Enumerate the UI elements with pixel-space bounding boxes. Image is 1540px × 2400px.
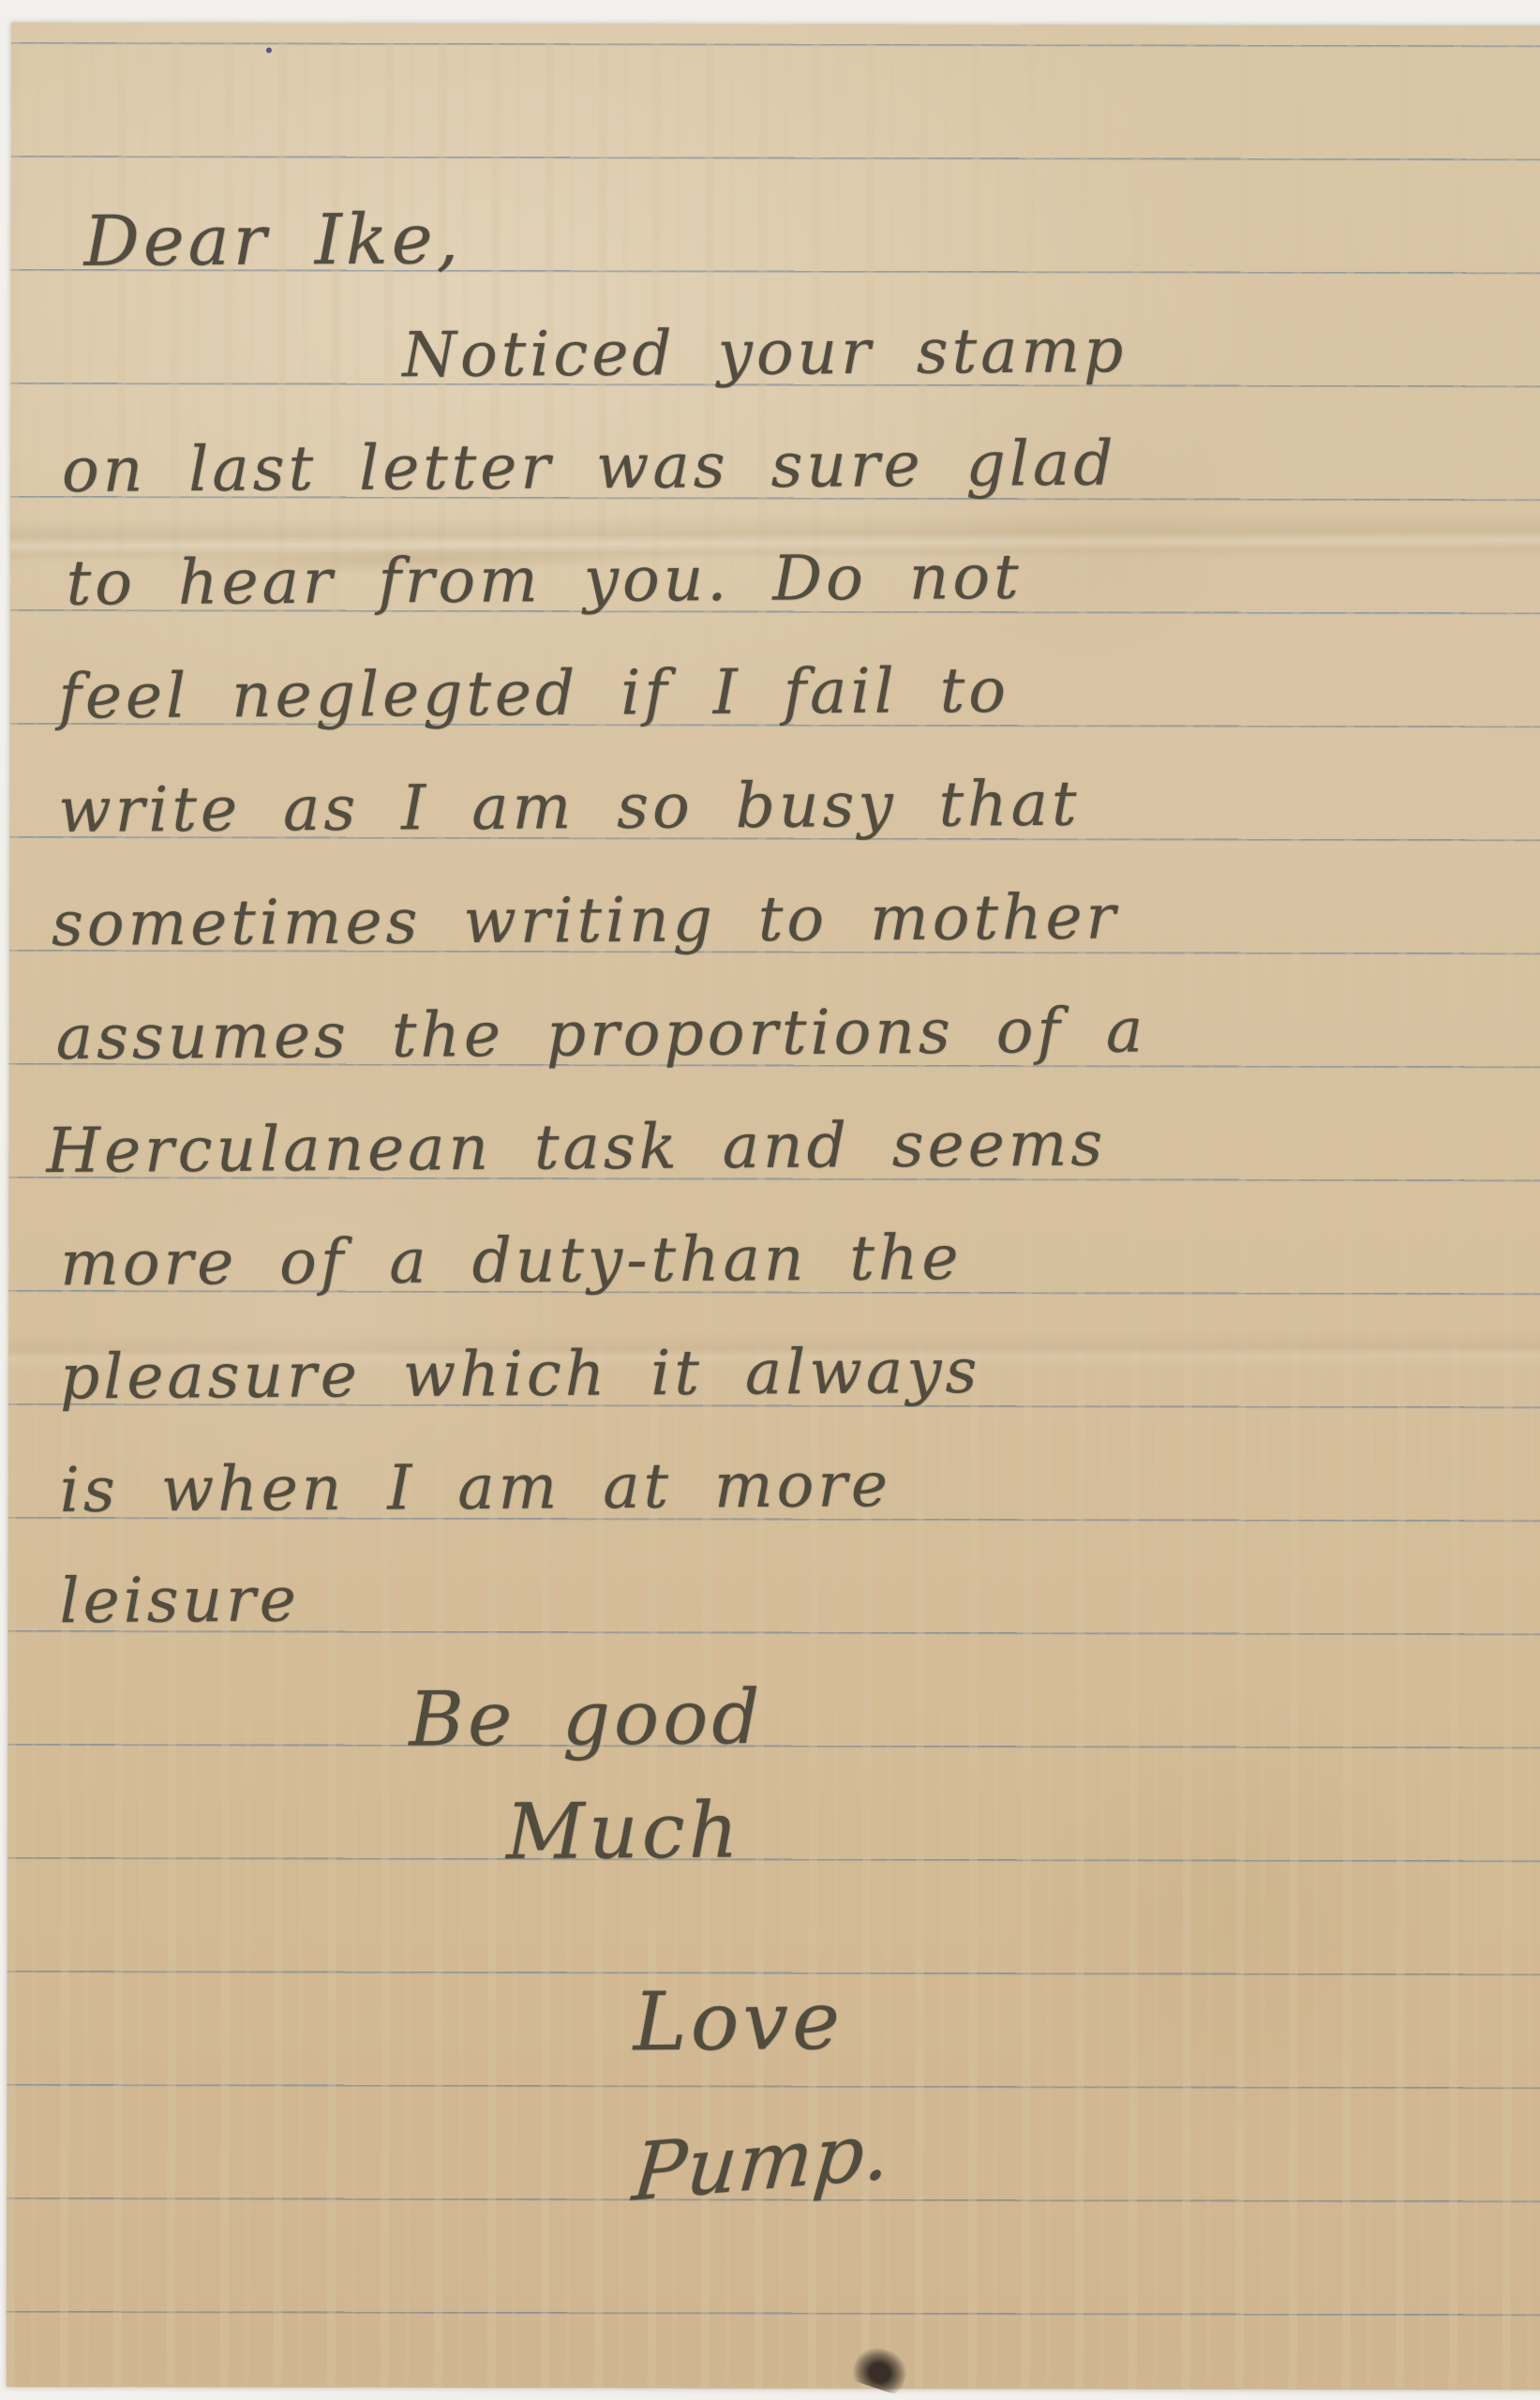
salutation-line: Dear Ike, [83, 204, 462, 277]
letter-line: leisure [59, 1569, 300, 1633]
letter-line: is when I am at more [60, 1454, 892, 1522]
closing-line: Love [633, 1981, 844, 2062]
letter-line: to hear from you. Do not [67, 547, 1023, 615]
letter-line: write as I am so busy that [58, 773, 1081, 842]
letter-line: pleasure which it always [60, 1341, 981, 1409]
letter-line: feel neglegted if I fail to [58, 660, 1009, 728]
letter-paper: Dear Ike, Noticed your stamp on last let… [7, 22, 1540, 2390]
letter-line: Noticed your stamp [402, 320, 1127, 386]
letter-line: sometimes writing to mother [52, 887, 1120, 956]
letter-scan: Dear Ike, Noticed your stamp on last let… [0, 0, 1540, 2400]
ink-speck [266, 48, 272, 53]
letter-line: assumes the proportions of a [56, 999, 1147, 1069]
closing-line: Much [506, 1793, 742, 1872]
letter-line: more of a duty-than the [60, 1227, 963, 1295]
letter-line: on last letter was sure glad [62, 433, 1117, 502]
letter-line: Herculanean task and seems [46, 1114, 1106, 1182]
signature: Pump. [630, 2110, 894, 2212]
closing-line: Be good [409, 1680, 764, 1758]
